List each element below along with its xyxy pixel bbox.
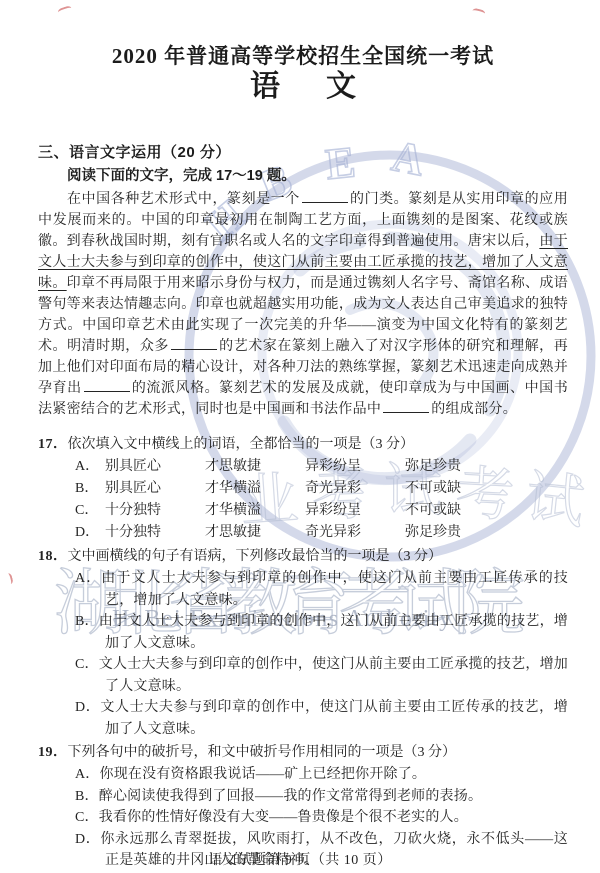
option-row: A．由于文人士大夫参与到印章的创作中，使这门从前主要由工匠传承的技艺，增加了人文… bbox=[75, 568, 568, 611]
option-word: 弥足珍贵 bbox=[405, 456, 505, 478]
page-content: 2020 年普通高等学校招生全国统一考试 语 文 三、语言文字运用（20 分） … bbox=[38, 44, 568, 872]
option-row: D．十分独特才思敏捷奇光异彩弥足珍贵 bbox=[75, 522, 568, 544]
question-stem: 18．文中画横线的句子有语病，下列修改最恰当的一项是（3 分） bbox=[38, 546, 568, 568]
option-label: B． bbox=[75, 614, 99, 629]
option-word: 不可或缺 bbox=[405, 500, 505, 522]
option-word: 弥足珍贵 bbox=[405, 522, 505, 544]
passage: 在中国各种艺术形式中，篆刻是一个的门类。篆刻是从实用印章的应用中发展而来的。中国… bbox=[38, 189, 568, 420]
passage-text: 在中国各种艺术形式中，篆刻是一个 bbox=[67, 192, 300, 207]
footer-page-number: 语文试题第 9 页（共 10 页） bbox=[0, 849, 600, 869]
option-row: B．别具匠心才华横溢奇光异彩不可或缺 bbox=[75, 478, 568, 500]
option-row: C．我看你的性情好像没有大变——鲁贵像是个很不老实的人。 bbox=[75, 807, 568, 829]
question-17: 17．依次填入文中横线上的词语，全都恰当的一项是（3 分）A．别具匠心才思敏捷异… bbox=[38, 434, 568, 544]
subject-title: 语 文 bbox=[38, 71, 568, 103]
option-word: 异彩纷呈 bbox=[305, 500, 405, 522]
fill-in-blank bbox=[171, 336, 217, 350]
option-label: A． bbox=[75, 767, 100, 782]
passage-text: 的组成部分。 bbox=[431, 402, 517, 417]
subject-char: 文 bbox=[326, 71, 356, 103]
question-stem: 19．下列各句中的破折号，和文中破折号作用相同的一项是（3 分） bbox=[38, 742, 568, 764]
question-stem-text: 文中画横线的句子有语病，下列修改最恰当的一项是（3 分） bbox=[68, 549, 443, 564]
option-row: A．你现在没有资格跟我说话——矿上已经把你开除了。 bbox=[75, 764, 568, 786]
fill-in-blank bbox=[84, 378, 130, 392]
option-label: B． bbox=[75, 789, 99, 804]
question-stem: 17．依次填入文中横线上的词语，全都恰当的一项是（3 分） bbox=[38, 434, 568, 456]
red-pen-mark bbox=[3, 573, 14, 586]
reading-instruction: 阅读下面的文字，完成 17～19 题。 bbox=[38, 166, 568, 187]
option-word: 别具匠心 bbox=[105, 478, 205, 500]
exam-title: 2020 年普通高等学校招生全国统一考试 bbox=[38, 44, 568, 68]
option-word: 奇光异彩 bbox=[305, 478, 405, 500]
option-word: 不可或缺 bbox=[405, 478, 505, 500]
red-pen-mark bbox=[57, 5, 73, 17]
option-word: 十分独特 bbox=[105, 522, 205, 544]
option-label: D． bbox=[75, 522, 105, 544]
question-number: 19． bbox=[38, 745, 68, 760]
option-label: C． bbox=[75, 810, 99, 825]
option-row: B．由于文人士大夫参与到印章的创作中，这门从前主要由工匠承揽的技艺，增加了人文意… bbox=[75, 611, 568, 654]
option-label: C． bbox=[75, 500, 105, 522]
option-word: 才华横溢 bbox=[205, 500, 305, 522]
option-word: 才思敏捷 bbox=[205, 456, 305, 478]
option-word: 十分独特 bbox=[105, 500, 205, 522]
option-label: B． bbox=[75, 478, 105, 500]
fill-in-blank bbox=[383, 399, 429, 413]
option-label: A． bbox=[75, 571, 101, 586]
option-word: 奇光异彩 bbox=[305, 522, 405, 544]
exam-paper-page: H B E A 业 考 试 考 试 湖北省教育考试院 HuBei Examina… bbox=[0, 0, 600, 873]
option-word: 异彩纷呈 bbox=[305, 456, 405, 478]
option-label: D． bbox=[75, 832, 100, 847]
option-label: A． bbox=[75, 456, 105, 478]
option-word: 才思敏捷 bbox=[205, 522, 305, 544]
option-row: A．别具匠心才思敏捷异彩纷呈弥足珍贵 bbox=[75, 456, 568, 478]
fill-in-blank bbox=[302, 189, 348, 203]
question-number: 17． bbox=[38, 437, 68, 452]
option-word: 别具匠心 bbox=[105, 456, 205, 478]
option-row: C．十分独特才华横溢异彩纷呈不可或缺 bbox=[75, 500, 568, 522]
option-row: D．文人士大夫参与到印章的创作中，使这门从前主要由工匠传承的技艺，增加了人文意味… bbox=[75, 697, 568, 740]
red-pen-mark bbox=[471, 8, 486, 19]
question-number: 18． bbox=[38, 549, 68, 564]
option-row: C．文人士大夫参与到印章的创作中，使这门从前主要由工匠承揽的技艺，增加了人文意味… bbox=[75, 654, 568, 697]
section-heading: 三、语言文字运用（20 分） bbox=[38, 142, 568, 163]
option-row: B．醉心阅读使我得到了回报——我的作文常常得到老师的表扬。 bbox=[75, 786, 568, 808]
question-stem-text: 依次填入文中横线上的词语，全都恰当的一项是（3 分） bbox=[68, 437, 415, 452]
question-stem-text: 下列各句中的破折号，和文中破折号作用相同的一项是（3 分） bbox=[68, 745, 457, 760]
option-label: D． bbox=[75, 700, 100, 715]
question-list: 17．依次填入文中横线上的词语，全都恰当的一项是（3 分）A．别具匠心才思敏捷异… bbox=[38, 434, 568, 872]
option-label: C． bbox=[75, 657, 99, 672]
subject-char: 语 bbox=[250, 71, 280, 103]
option-word: 才华横溢 bbox=[205, 478, 305, 500]
question-18: 18．文中画横线的句子有语病，下列修改最恰当的一项是（3 分）A．由于文人士大夫… bbox=[38, 546, 568, 740]
